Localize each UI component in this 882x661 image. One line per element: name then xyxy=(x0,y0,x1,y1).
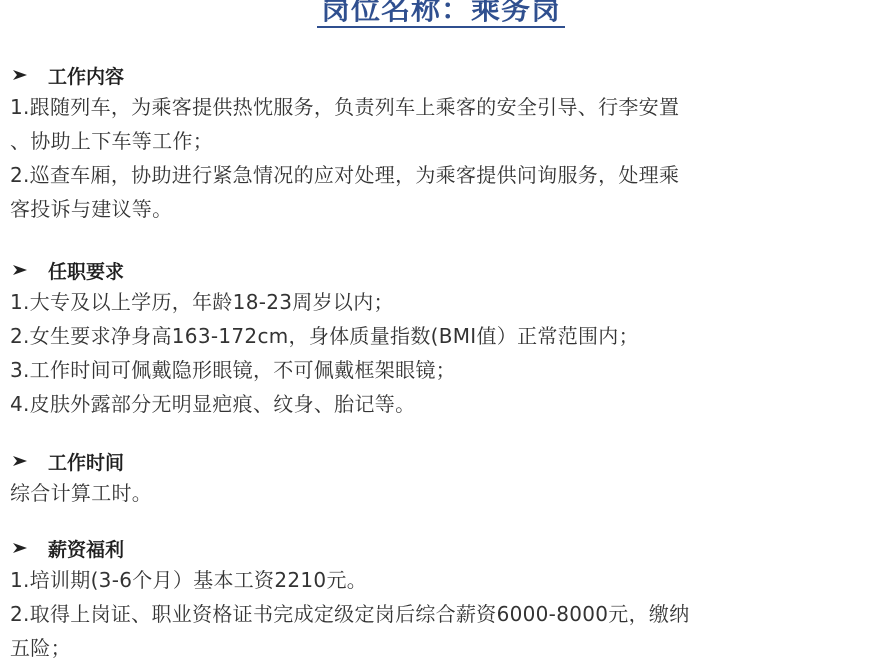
section-salary-benefits: 薪资福利 1.培训期(3-6个月）基本工资2210元。 2.取得上岗证、职业资格… xyxy=(10,533,870,661)
section-heading-label: 工作时间 xyxy=(48,448,124,475)
section-heading-label: 薪资福利 xyxy=(48,535,124,562)
text-line: 1.培训期(3-6个月）基本工资2210元。 xyxy=(10,563,870,597)
text-line: 综合计算工时。 xyxy=(10,476,870,510)
text-line: 1.跟随列车，为乘客提供热忱服务，负责列车上乘客的安全引导、行李安置 xyxy=(10,90,870,124)
arrow-bullet-icon xyxy=(12,262,28,278)
text-line: 2.巡查车厢，协助进行紧急情况的应对处理，为乘客提供问询服务，处理乘 xyxy=(10,158,870,192)
section-heading-label: 工作内容 xyxy=(48,62,124,89)
section-job-content: 工作内容 1.跟随列车，为乘客提供热忱服务，负责列车上乘客的安全引导、行李安置 … xyxy=(10,60,870,226)
text-line: 2.取得上岗证、职业资格证书完成定级定岗后综合薪资6000-8000元，缴纳 xyxy=(10,597,870,631)
arrow-bullet-icon xyxy=(12,67,28,83)
text-line: 4.皮肤外露部分无明显疤痕、纹身、胎记等。 xyxy=(10,387,870,421)
section-work-hours: 工作时间 综合计算工时。 xyxy=(10,446,870,510)
text-line: 五险； xyxy=(10,631,870,661)
arrow-bullet-icon xyxy=(12,453,28,469)
text-line: 、协助上下车等工作； xyxy=(10,124,870,158)
section-heading: 任职要求 xyxy=(10,255,870,285)
text-line: 1.大专及以上学历，年龄18-23周岁以内； xyxy=(10,285,870,319)
page-title: 岗位名称：乘务岗 xyxy=(317,0,565,28)
section-heading: 薪资福利 xyxy=(10,533,870,563)
section-heading: 工作时间 xyxy=(10,446,870,476)
section-requirements: 任职要求 1.大专及以上学历，年龄18-23周岁以内； 2.女生要求净身高163… xyxy=(10,255,870,421)
page-title-wrap: 岗位名称：乘务岗 xyxy=(0,0,882,28)
text-line: 2.女生要求净身高163-172cm，身体质量指数(BMI值）正常范围内； xyxy=(10,319,870,353)
arrow-bullet-icon xyxy=(12,540,28,556)
text-line: 3.工作时间可佩戴隐形眼镜，不可佩戴框架眼镜； xyxy=(10,353,870,387)
text-line: 客投诉与建议等。 xyxy=(10,192,870,226)
section-heading-label: 任职要求 xyxy=(48,257,124,284)
section-heading: 工作内容 xyxy=(10,60,870,90)
